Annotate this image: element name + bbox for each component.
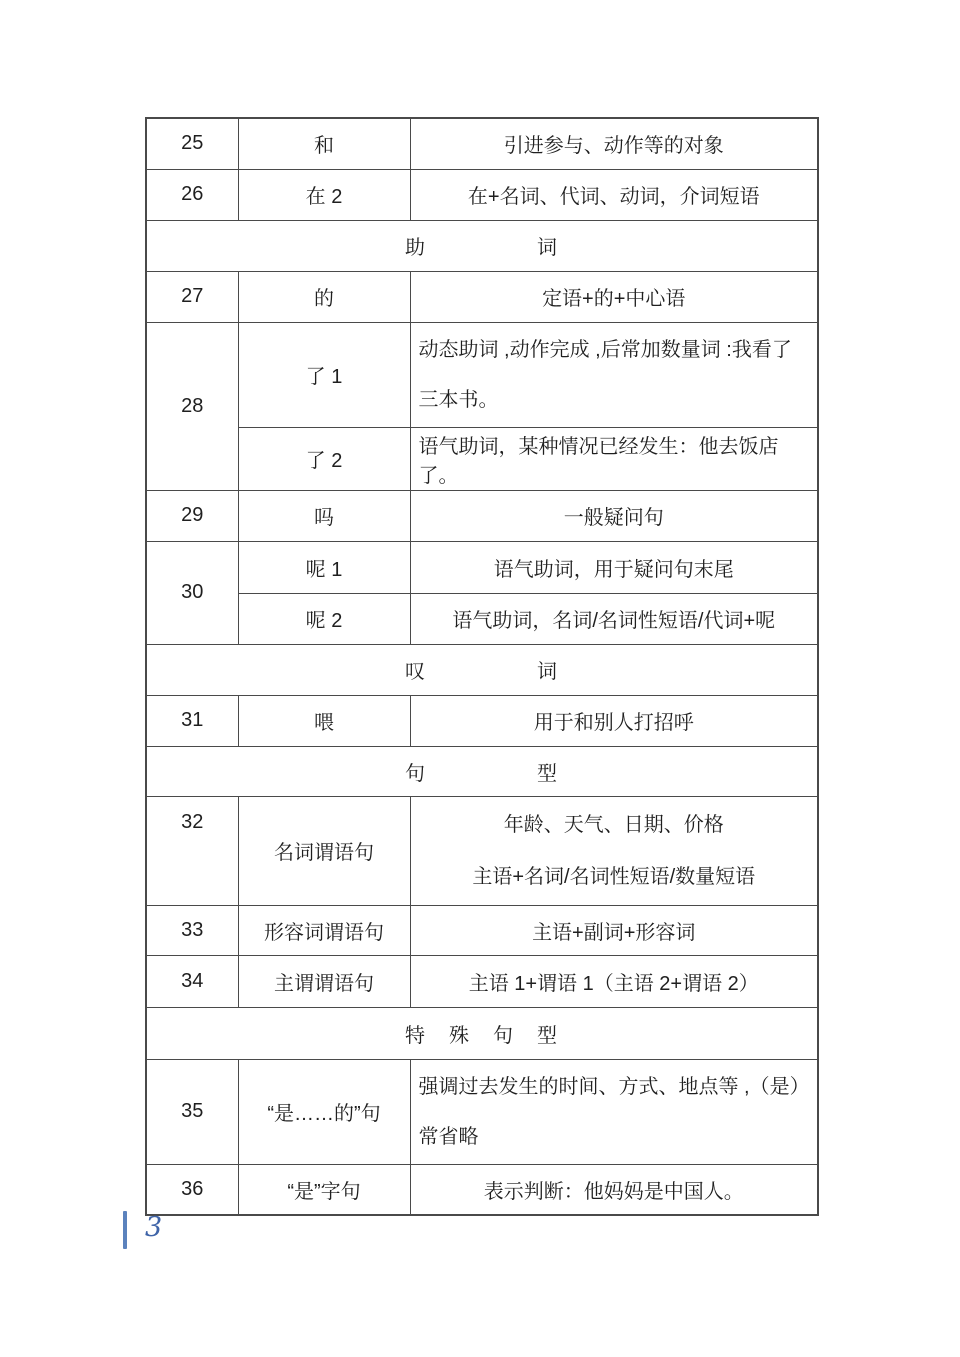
row-number-cell: 34 — [146, 955, 238, 1007]
row-number-cell: 30 — [146, 541, 238, 644]
word-cell: 主谓谓语句 — [238, 955, 410, 1007]
table-row: 25 和 引进参与、动作等的对象 — [146, 118, 818, 169]
word-cell: 形容词谓语句 — [238, 905, 410, 955]
word-cell: 喂 — [238, 695, 410, 746]
table-row: 31 喂 用于和别人打招呼 — [146, 695, 818, 746]
row-number-cell: 35 — [146, 1059, 238, 1164]
table-row: 32 名词谓语句 年龄、天气、日期、价格 主语+名词/名词性短语/数量短语 — [146, 796, 818, 905]
page-number: 3 — [145, 1212, 162, 1243]
section-row: 助 词 — [146, 220, 818, 271]
table-row: 27 的 定语+的+中心语 — [146, 271, 818, 322]
description-cell: 动态助词 ,动作完成 ,后常加数量词 :我看了 三本书。 — [410, 322, 818, 427]
row-number-cell: 29 — [146, 490, 238, 541]
section-title-cell: 句 型 — [146, 746, 818, 796]
table-row: 呢 2 语气助词，名词/名词性短语/代词+呢 — [146, 593, 818, 644]
table-row: 26 在 2 在+名词、代词、动词，介词短语 — [146, 169, 818, 220]
description-cell: 定语+的+中心语 — [410, 271, 818, 322]
word-cell: 的 — [238, 271, 410, 322]
row-number-cell: 32 — [146, 796, 238, 905]
section-title-cell: 特 殊 句 型 — [146, 1007, 818, 1059]
table-row: 33 形容词谓语句 主语+副词+形容词 — [146, 905, 818, 955]
table-row: 36 “是”字句 表示判断：他妈妈是中国人。 — [146, 1164, 818, 1215]
row-number-cell: 28 — [146, 322, 238, 490]
row-number-cell: 36 — [146, 1164, 238, 1215]
word-cell: “是”字句 — [238, 1164, 410, 1215]
page-number-accent-bar — [123, 1211, 127, 1249]
word-cell: “是……的”句 — [238, 1059, 410, 1164]
word-cell: 吗 — [238, 490, 410, 541]
table-row: 34 主谓谓语句 主语 1+谓语 1（主语 2+谓语 2） — [146, 955, 818, 1007]
description-cell: 强调过去发生的时间、方式、地点等 ,（是）常省略 — [410, 1059, 818, 1164]
table-row: 30 呢 1 语气助词，用于疑问句末尾 — [146, 541, 818, 593]
section-row: 叹 词 — [146, 644, 818, 695]
section-title-cell: 叹 词 — [146, 644, 818, 695]
word-cell: 了 1 — [238, 322, 410, 427]
table-row: 28 了 1 动态助词 ,动作完成 ,后常加数量词 :我看了 三本书。 — [146, 322, 818, 427]
section-title-cell: 助 词 — [146, 220, 818, 271]
description-cell: 语气助词，名词/名词性短语/代词+呢 — [410, 593, 818, 644]
description-cell: 语气助词，用于疑问句末尾 — [410, 541, 818, 593]
description-cell: 一般疑问句 — [410, 490, 818, 541]
word-cell: 呢 2 — [238, 593, 410, 644]
description-cell: 表示判断：他妈妈是中国人。 — [410, 1164, 818, 1215]
section-row: 特 殊 句 型 — [146, 1007, 818, 1059]
word-cell: 在 2 — [238, 169, 410, 220]
description-cell: 语气助词，某种情况已经发生：他去饭店了。 — [410, 427, 818, 490]
word-cell: 和 — [238, 118, 410, 169]
description-line: 年龄、天气、日期、价格 — [415, 799, 814, 851]
word-cell: 了 2 — [238, 427, 410, 490]
grammar-table: 25 和 引进参与、动作等的对象 26 在 2 在+名词、代词、动词，介词短语 … — [145, 117, 819, 1216]
description-line: 主语+名词/名词性短语/数量短语 — [415, 851, 814, 903]
table-row: 35 “是……的”句 强调过去发生的时间、方式、地点等 ,（是）常省略 — [146, 1059, 818, 1164]
table-row: 29 吗 一般疑问句 — [146, 490, 818, 541]
description-cell: 用于和别人打招呼 — [410, 695, 818, 746]
row-number-cell: 27 — [146, 271, 238, 322]
description-cell: 引进参与、动作等的对象 — [410, 118, 818, 169]
description-cell: 在+名词、代词、动词，介词短语 — [410, 169, 818, 220]
description-cell: 主语+副词+形容词 — [410, 905, 818, 955]
row-number-cell: 25 — [146, 118, 238, 169]
word-cell: 名词谓语句 — [238, 796, 410, 905]
word-cell: 呢 1 — [238, 541, 410, 593]
description-cell: 主语 1+谓语 1（主语 2+谓语 2） — [410, 955, 818, 1007]
row-number-cell: 31 — [146, 695, 238, 746]
table-row: 了 2 语气助词，某种情况已经发生：他去饭店了。 — [146, 427, 818, 490]
section-row: 句 型 — [146, 746, 818, 796]
description-cell: 年龄、天气、日期、价格 主语+名词/名词性短语/数量短语 — [410, 796, 818, 905]
row-number-cell: 33 — [146, 905, 238, 955]
row-number-cell: 26 — [146, 169, 238, 220]
